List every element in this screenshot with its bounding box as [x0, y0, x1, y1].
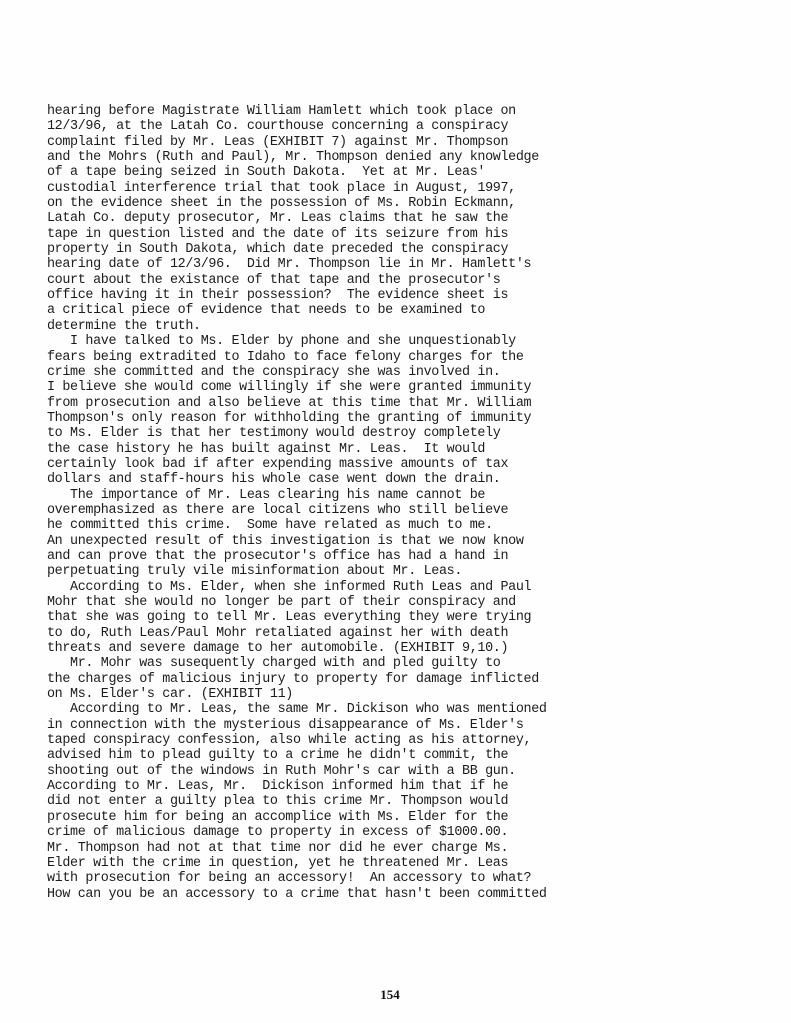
text-line: that she was going to tell Mr. Leas ever…: [47, 610, 767, 625]
text-line: a critical piece of evidence that needs …: [47, 303, 767, 318]
text-line: 12/3/96, at the Latah Co. courthouse con…: [47, 119, 767, 134]
text-line: hearing before Magistrate William Hamlet…: [47, 104, 767, 119]
text-line: he committed this crime. Some have relat…: [47, 518, 767, 533]
text-line: in connection with the mysterious disapp…: [47, 718, 767, 733]
text-line: custodial interference trial that took p…: [47, 181, 767, 196]
text-line: shooting out of the windows in Ruth Mohr…: [47, 764, 767, 779]
text-line: fears being extradited to Idaho to face …: [47, 350, 767, 365]
text-line: The importance of Mr. Leas clearing his …: [47, 488, 767, 503]
text-line: property in South Dakota, which date pre…: [47, 242, 767, 257]
text-line: According to Mr. Leas, Mr. Dickison info…: [47, 779, 767, 794]
text-line: crime of malicious damage to property in…: [47, 825, 767, 840]
text-line: I have talked to Ms. Elder by phone and …: [47, 334, 767, 349]
text-line: hearing date of 12/3/96. Did Mr. Thompso…: [47, 257, 767, 272]
text-line: An unexpected result of this investigati…: [47, 534, 767, 549]
text-line: determine the truth.: [47, 319, 767, 334]
text-line: perpetuating truly vile misinformation a…: [47, 564, 767, 579]
text-line: to do, Ruth Leas/Paul Mohr retaliated ag…: [47, 626, 767, 641]
text-line: tape in question listed and the date of …: [47, 227, 767, 242]
text-line: on the evidence sheet in the possession …: [47, 196, 767, 211]
page-number: 154: [375, 987, 405, 1003]
text-line: Thompson's only reason for withholding t…: [47, 411, 767, 426]
text-line: with prosecution for being an accessory!…: [47, 871, 767, 886]
text-line: Mohr that she would no longer be part of…: [47, 595, 767, 610]
text-line: Latah Co. deputy prosecutor, Mr. Leas cl…: [47, 211, 767, 226]
text-line: on Ms. Elder's car. (EXHIBIT 11): [47, 687, 767, 702]
text-line: complaint filed by Mr. Leas (EXHIBIT 7) …: [47, 135, 767, 150]
text-line: of a tape being seized in South Dakota. …: [47, 165, 767, 180]
text-line: How can you be an accessory to a crime t…: [47, 887, 767, 902]
text-line: did not enter a guilty plea to this crim…: [47, 794, 767, 809]
text-line: Elder with the crime in question, yet he…: [47, 856, 767, 871]
text-line: court about the existance of that tape a…: [47, 273, 767, 288]
document-page: hearing before Magistrate William Hamlet…: [0, 0, 791, 1023]
text-line: According to Ms. Elder, when she informe…: [47, 580, 767, 595]
text-line: I believe she would come willingly if sh…: [47, 380, 767, 395]
text-line: to Ms. Elder is that her testimony would…: [47, 426, 767, 441]
text-line: prosecute him for being an accomplice wi…: [47, 810, 767, 825]
text-line: the charges of malicious injury to prope…: [47, 672, 767, 687]
text-line: certainly look bad if after expending ma…: [47, 457, 767, 472]
text-line: dollars and staff-hours his whole case w…: [47, 472, 767, 487]
text-line: from prosecution and also believe at thi…: [47, 396, 767, 411]
text-line: threats and severe damage to her automob…: [47, 641, 767, 656]
text-line: Mr. Thompson had not at that time nor di…: [47, 841, 767, 856]
text-line: According to Mr. Leas, the same Mr. Dick…: [47, 702, 767, 717]
text-line: and can prove that the prosecutor's offi…: [47, 549, 767, 564]
text-line: crime she committed and the conspiracy s…: [47, 365, 767, 380]
body-text: hearing before Magistrate William Hamlet…: [47, 104, 767, 902]
text-line: overemphasized as there are local citize…: [47, 503, 767, 518]
text-line: Mr. Mohr was susequently charged with an…: [47, 656, 767, 671]
text-line: advised him to plead guilty to a crime h…: [47, 748, 767, 763]
text-line: taped conspiracy confession, also while …: [47, 733, 767, 748]
text-line: the case history he has built against Mr…: [47, 442, 767, 457]
text-line: and the Mohrs (Ruth and Paul), Mr. Thomp…: [47, 150, 767, 165]
text-line: office having it in their possession? Th…: [47, 288, 767, 303]
